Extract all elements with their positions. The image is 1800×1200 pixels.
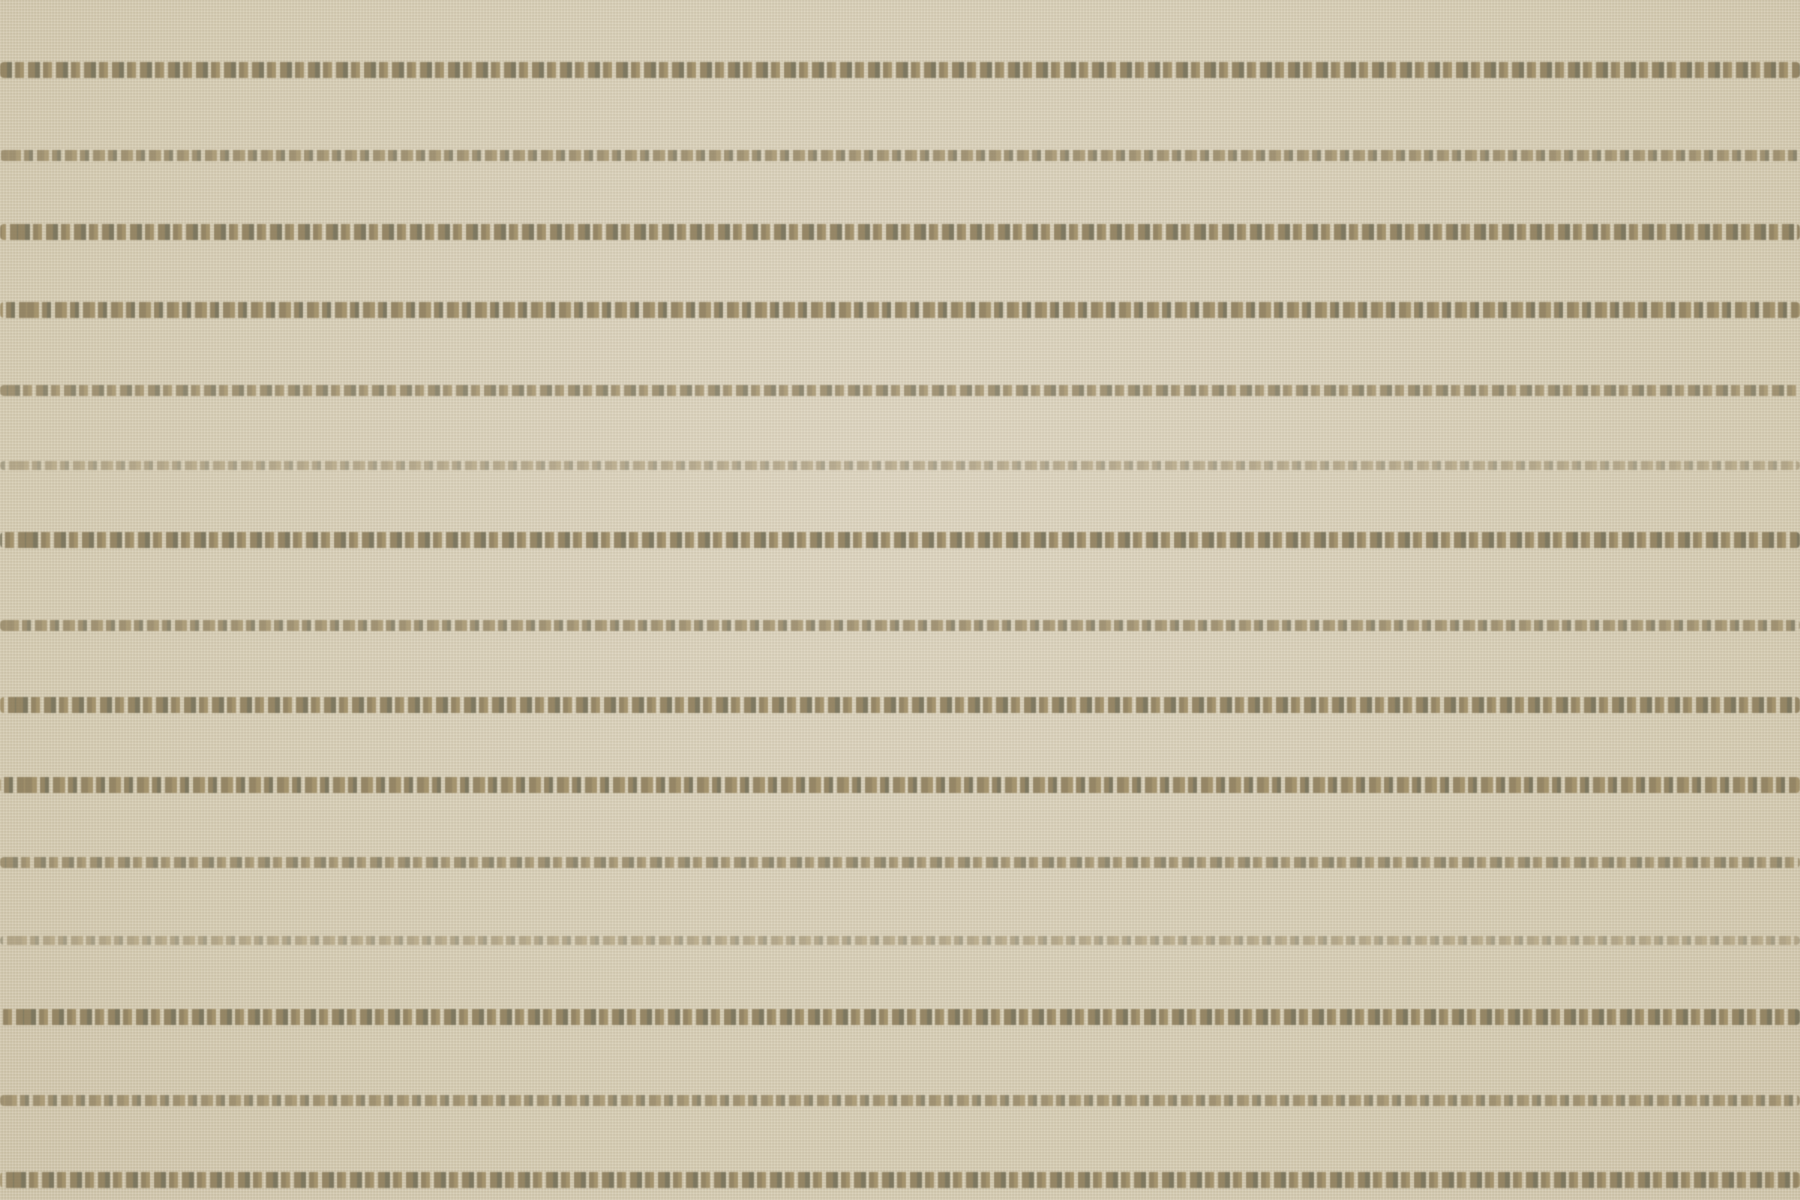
slub-stripe (0, 857, 1800, 868)
slub-stripe (0, 532, 1800, 548)
slub-stripe (0, 777, 1800, 793)
slub-stripe (0, 224, 1800, 240)
slub-stripe (0, 302, 1800, 318)
slub-stripe (0, 936, 1800, 945)
slub-stripe (0, 1009, 1800, 1025)
slub-stripe (0, 461, 1800, 470)
slub-stripe (0, 1095, 1800, 1106)
slub-stripe (0, 62, 1800, 78)
fabric-texture (0, 0, 1800, 1200)
slub-stripe (0, 150, 1800, 161)
slub-stripe (0, 697, 1800, 713)
slub-stripe (0, 620, 1800, 631)
slub-stripe (0, 385, 1800, 396)
slub-stripe (0, 1172, 1800, 1188)
